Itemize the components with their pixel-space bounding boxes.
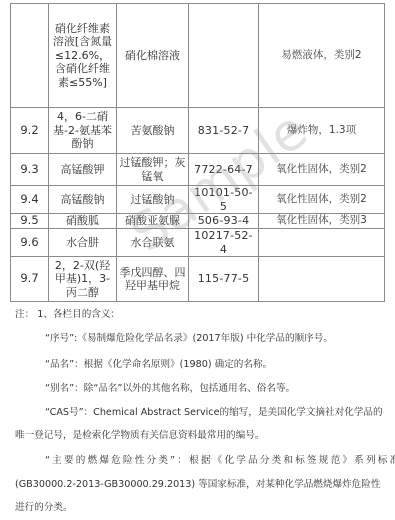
name-cell: 高锰酸钾: [49, 154, 117, 186]
seq-cell: 9.3: [11, 154, 49, 186]
seq-cell: 9.4: [11, 186, 49, 214]
chemical-table: 硝化纤维素溶液[含氮量≤12.6%，含硝化纤维素≤55%] 硝化棉溶液 易燃液体…: [10, 3, 385, 302]
seq-cell: 9.7: [11, 257, 49, 302]
note-name-definition: “品名”：根据《化学命名原则》(1980) 确定的名称。: [45, 359, 272, 371]
hazard-cell: [259, 229, 385, 257]
seq-cell: [11, 4, 49, 108]
seq-cell: 9.6: [11, 229, 49, 257]
note-cas-definition-line1: “CAS号”：Chemical Abstract Service的缩写，是美国化…: [45, 407, 383, 419]
name-cell: 硝化纤维素溶液[含氮量≤12.6%，含硝化纤维素≤55%]: [49, 4, 117, 108]
table-row: 9.5 硝酸胍 硝酸亚氨脲 506-93-4 氧化性固体，类别3: [11, 214, 385, 229]
alias-cell: 苦氨酸钠: [117, 108, 189, 154]
alias-cell: 季戊四醇、四羟甲基甲烷: [117, 257, 189, 302]
note-hazard-definition-line2: (GB30000.2-2013-GB30000.29.2013) 等国家标准，对…: [15, 479, 380, 491]
name-cell: 硝酸胍: [49, 214, 117, 229]
name-cell: 高锰酸钠: [49, 186, 117, 214]
alias-cell: 硝酸亚氨脲: [117, 214, 189, 229]
hazard-cell: 爆炸物，1.3项: [259, 108, 385, 154]
name-cell: 4，6-二硝基-2-氨基苯酚钠: [49, 108, 117, 154]
note-seq-definition: “序号”:《易制爆危险化学品名录》(2017年版) 中化学品的顺序号。: [45, 333, 333, 345]
cas-cell: 506-93-4: [189, 214, 259, 229]
hazard-cell: [259, 257, 385, 302]
alias-cell: 过锰酸钾；灰锰氧: [117, 154, 189, 186]
table-row: 9.2 4，6-二硝基-2-氨基苯酚钠 苦氨酸钠 831-52-7 爆炸物，1.…: [11, 108, 385, 154]
name-cell: 2，2-双(羟甲基)1，3-丙二醇: [49, 257, 117, 302]
table-row: 9.6 水合肼 水合联氨 10217-52-4: [11, 229, 385, 257]
table-row: 9.7 2，2-双(羟甲基)1，3-丙二醇 季戊四醇、四羟甲基甲烷 115-77…: [11, 257, 385, 302]
note-cas-definition-line2: 唯一登记号，是检索化学物质有关信息资料最常用的编号。: [15, 430, 264, 442]
alias-cell: 水合联氨: [117, 229, 189, 257]
cas-cell: 115-77-5: [189, 257, 259, 302]
table-row: 硝化纤维素溶液[含氮量≤12.6%，含硝化纤维素≤55%] 硝化棉溶液 易燃液体…: [11, 4, 385, 108]
cas-cell: 831-52-7: [189, 108, 259, 154]
note-hazard-definition-line3: 进行的分类。: [15, 502, 73, 514]
table-row: 9.4 高锰酸钠 过锰酸钠 10101-50-5 氧化性固体，类别2: [11, 186, 385, 214]
hazard-cell: 氧化性固体，类别2: [259, 186, 385, 214]
cas-cell: 10101-50-5: [189, 186, 259, 214]
alias-cell: 过锰酸钠: [117, 186, 189, 214]
hazard-cell: 易燃液体，类别2: [259, 4, 385, 108]
notes-heading: 注： 1、各栏目的含义：: [15, 309, 120, 321]
cas-cell: [189, 4, 259, 108]
name-cell: 水合肼: [49, 229, 117, 257]
hazard-cell: 氧化性固体，类别3: [259, 214, 385, 229]
cas-cell: 10217-52-4: [189, 229, 259, 257]
table-row: 9.3 高锰酸钾 过锰酸钾；灰锰氧 7722-64-7 氧化性固体，类别2: [11, 154, 385, 186]
seq-cell: 9.2: [11, 108, 49, 154]
cas-cell: 7722-64-7: [189, 154, 259, 186]
hazard-cell: 氧化性固体，类别2: [259, 154, 385, 186]
note-hazard-definition-line1: “主要的燃爆危险性分类”：根据《化学品分类和标签规范》系列标准: [45, 455, 395, 467]
note-alias-definition: “别名”：除“品名”以外的其他名称，包括通用名、俗名等。: [45, 383, 295, 395]
alias-cell: 硝化棉溶液: [117, 4, 189, 108]
seq-cell: 9.5: [11, 214, 49, 229]
